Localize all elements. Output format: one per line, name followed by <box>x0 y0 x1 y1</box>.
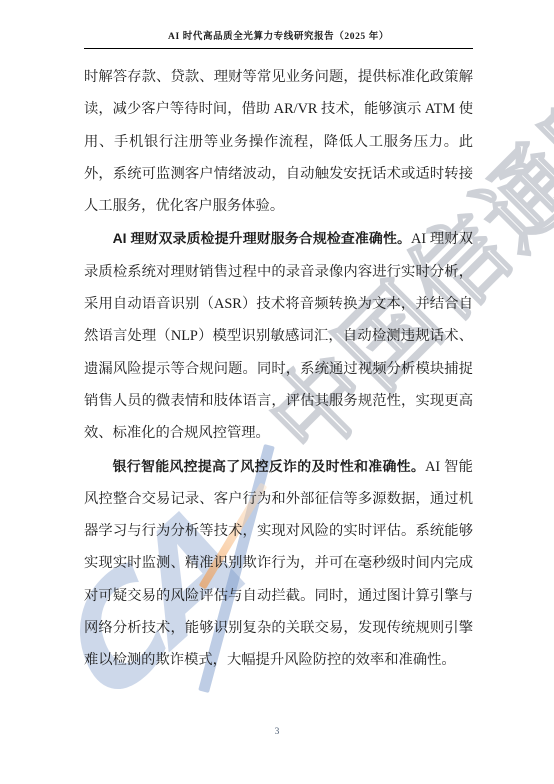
page-header: AI 时代高品质全光算力专线研究报告（2025 年） <box>84 28 473 49</box>
paragraph: AI 理财双录质检提升理财服务合规检查准确性。AI 理财双录质检系统对理财销售过… <box>84 222 473 449</box>
page-number: 3 <box>275 727 280 737</box>
paragraph-bold-lead: AI 理财双录质检提升理财服务合规检查准确性。 <box>113 230 411 246</box>
body-text: 时解答存款、贷款、理财等常见业务问题，提供标准化政策解读，减少客户等待时间，借助… <box>84 61 473 677</box>
page-footer: 3 <box>0 727 554 737</box>
paragraph: 银行智能风控提高了风控反诈的及时性和准确性。AI 智能风控整合交易记录、客户行为… <box>84 450 473 677</box>
paragraph: 时解答存款、贷款、理财等常见业务问题，提供标准化政策解读，减少客户等待时间，借助… <box>84 61 473 222</box>
document-page: CA 中国信通院 AI 时代高品质全光算力专线研究报告（2025 年） 时解答存… <box>0 0 554 784</box>
header-rule <box>84 48 473 49</box>
running-header-title: AI 时代高品质全光算力专线研究报告（2025 年） <box>84 28 473 48</box>
paragraph-bold-lead: 银行智能风控提高了风控反诈的及时性和准确性。 <box>113 458 426 474</box>
